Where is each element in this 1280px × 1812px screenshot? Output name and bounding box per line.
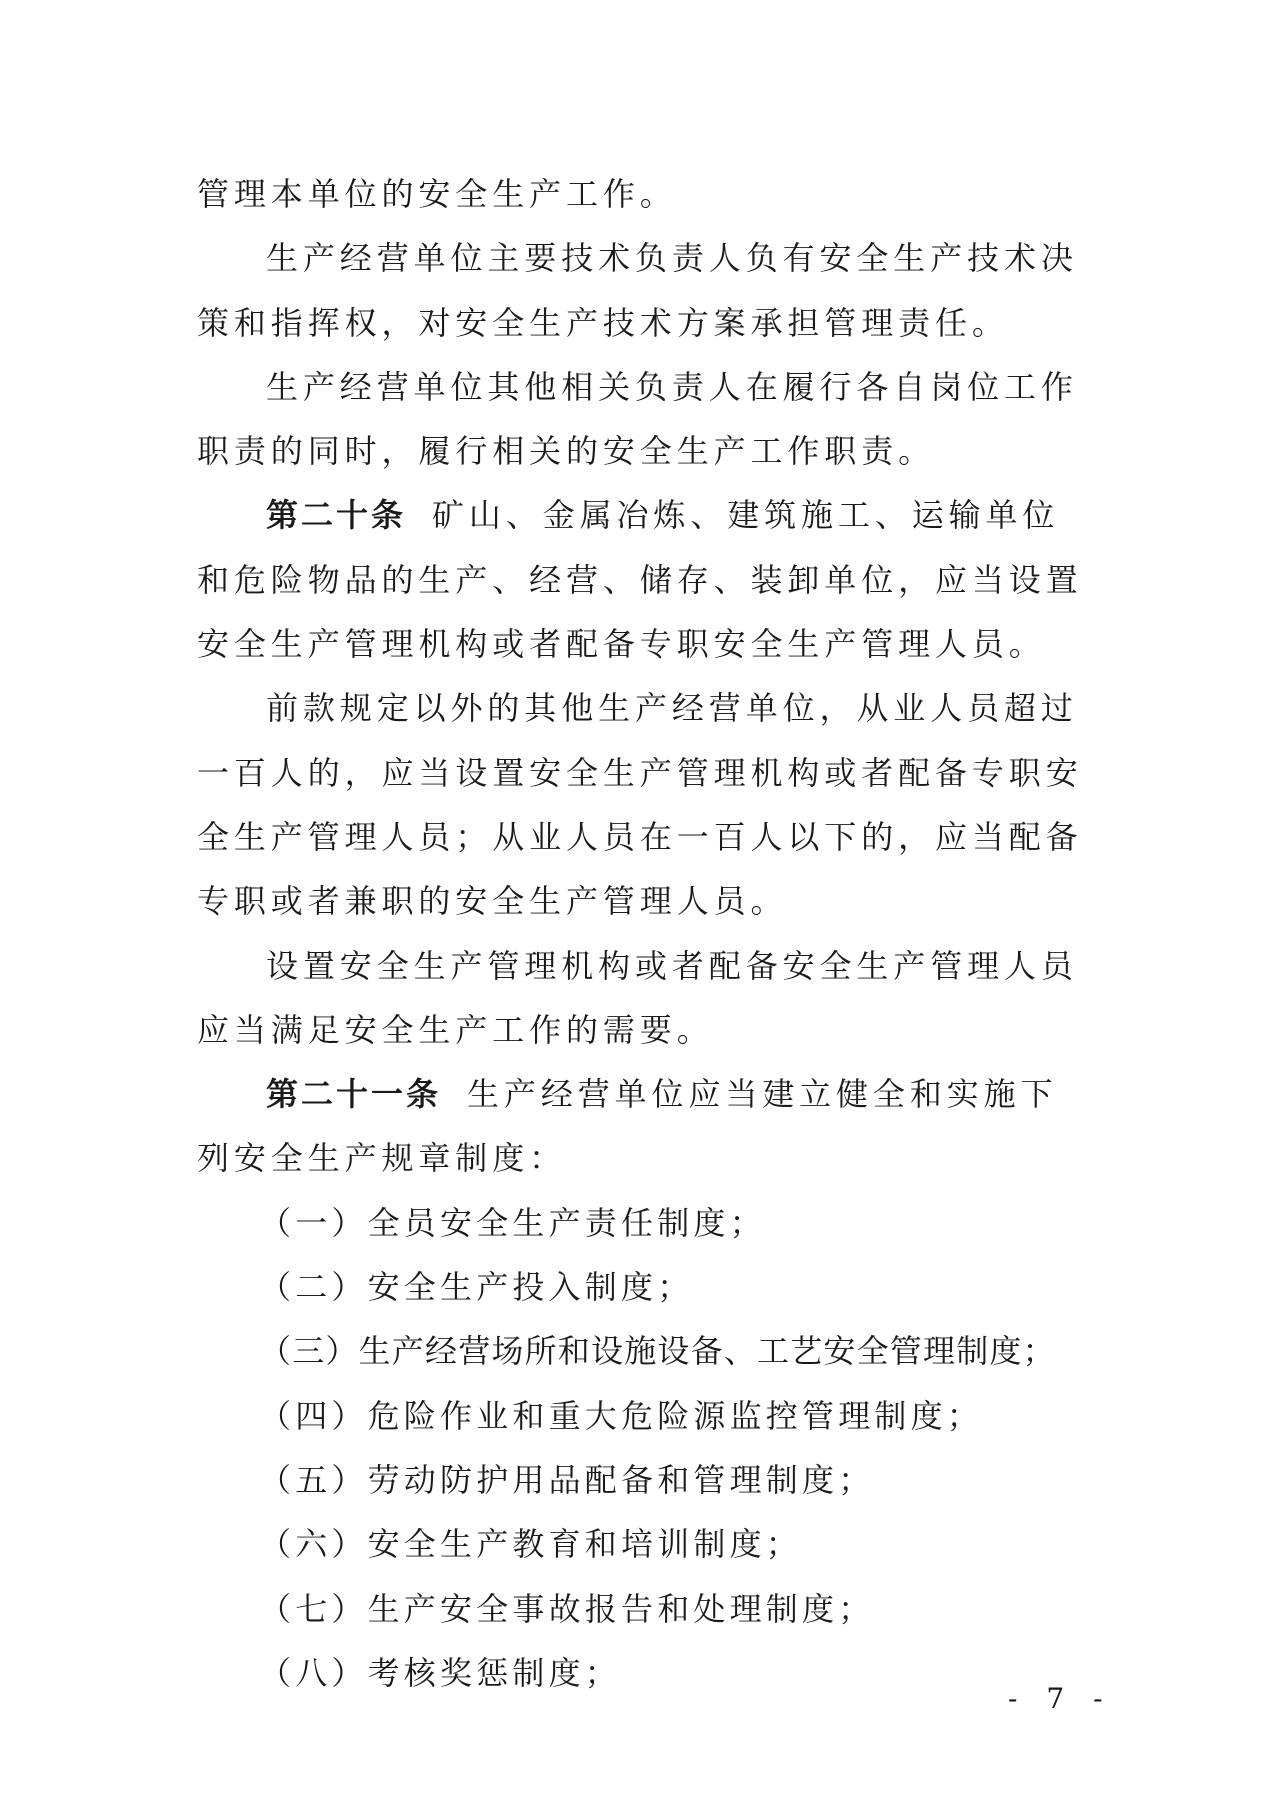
text-line: 和危险物品的生产、经营、储存、装卸单位，应当设置 bbox=[197, 548, 1089, 612]
text-line: 全生产管理人员；从业人员在一百人以下的，应当配备 bbox=[197, 805, 1089, 869]
text-line: 一百人的，应当设置安全生产管理机构或者配备专职安 bbox=[197, 741, 1089, 805]
text-line: 应当满足安全生产工作的需要。 bbox=[197, 998, 1089, 1062]
article-number: 第二十条 bbox=[266, 496, 406, 534]
list-item: （七）生产安全事故报告和处理制度； bbox=[197, 1577, 1089, 1641]
list-item: （三）生产经营场所和设施设备、工艺安全管理制度； bbox=[197, 1319, 1089, 1383]
paragraph-requirements: 设置安全生产管理机构或者配备安全生产管理人员 bbox=[197, 934, 1089, 998]
article-number: 第二十一条 bbox=[266, 1075, 441, 1113]
paragraph-other-units: 前款规定以外的其他生产经营单位，从业人员超过 bbox=[197, 676, 1089, 740]
list-item: （四）危险作业和重大危险源监控管理制度； bbox=[197, 1384, 1089, 1448]
text-line: 职责的同时，履行相关的安全生产工作职责。 bbox=[197, 419, 1089, 483]
list-item: （六）安全生产教育和培训制度； bbox=[197, 1512, 1089, 1576]
text-line: 专职或者兼职的安全生产管理人员。 bbox=[197, 869, 1089, 933]
article-21-heading-line: 第二十一条生产经营单位应当建立健全和实施下 bbox=[197, 1062, 1089, 1126]
list-item: （五）劳动防护用品配备和管理制度； bbox=[197, 1448, 1089, 1512]
article-20-heading-line: 第二十条矿山、金属冶炼、建筑施工、运输单位 bbox=[197, 483, 1089, 547]
document-page: 管理本单位的安全生产工作。 生产经营单位主要技术负责人负有安全生产技术决 策和指… bbox=[0, 0, 1280, 1812]
article-text: 矿山、金属冶炼、建筑施工、运输单位 bbox=[432, 496, 1059, 534]
text-line: 列安全生产规章制度： bbox=[197, 1126, 1089, 1190]
article-text: 生产经营单位应当建立健全和实施下 bbox=[467, 1075, 1057, 1113]
list-item: （一）全员安全生产责任制度； bbox=[197, 1191, 1089, 1255]
list-item: （八）考核奖惩制度； bbox=[197, 1641, 1089, 1705]
text-line: 管理本单位的安全生产工作。 bbox=[197, 162, 1089, 226]
text-line: 安全生产管理机构或者配备专职安全生产管理人员。 bbox=[197, 612, 1089, 676]
text-line: 策和指挥权，对安全生产技术方案承担管理责任。 bbox=[197, 291, 1089, 355]
page-number: - 7 - bbox=[1008, 1682, 1113, 1715]
paragraph-technical-lead: 生产经营单位主要技术负责人负有安全生产技术决 bbox=[197, 226, 1089, 290]
paragraph-other-leads: 生产经营单位其他相关负责人在履行各自岗位工作 bbox=[197, 355, 1089, 419]
list-item: （二）安全生产投入制度； bbox=[197, 1255, 1089, 1319]
document-body: 管理本单位的安全生产工作。 生产经营单位主要技术负责人负有安全生产技术决 策和指… bbox=[197, 162, 1089, 1705]
